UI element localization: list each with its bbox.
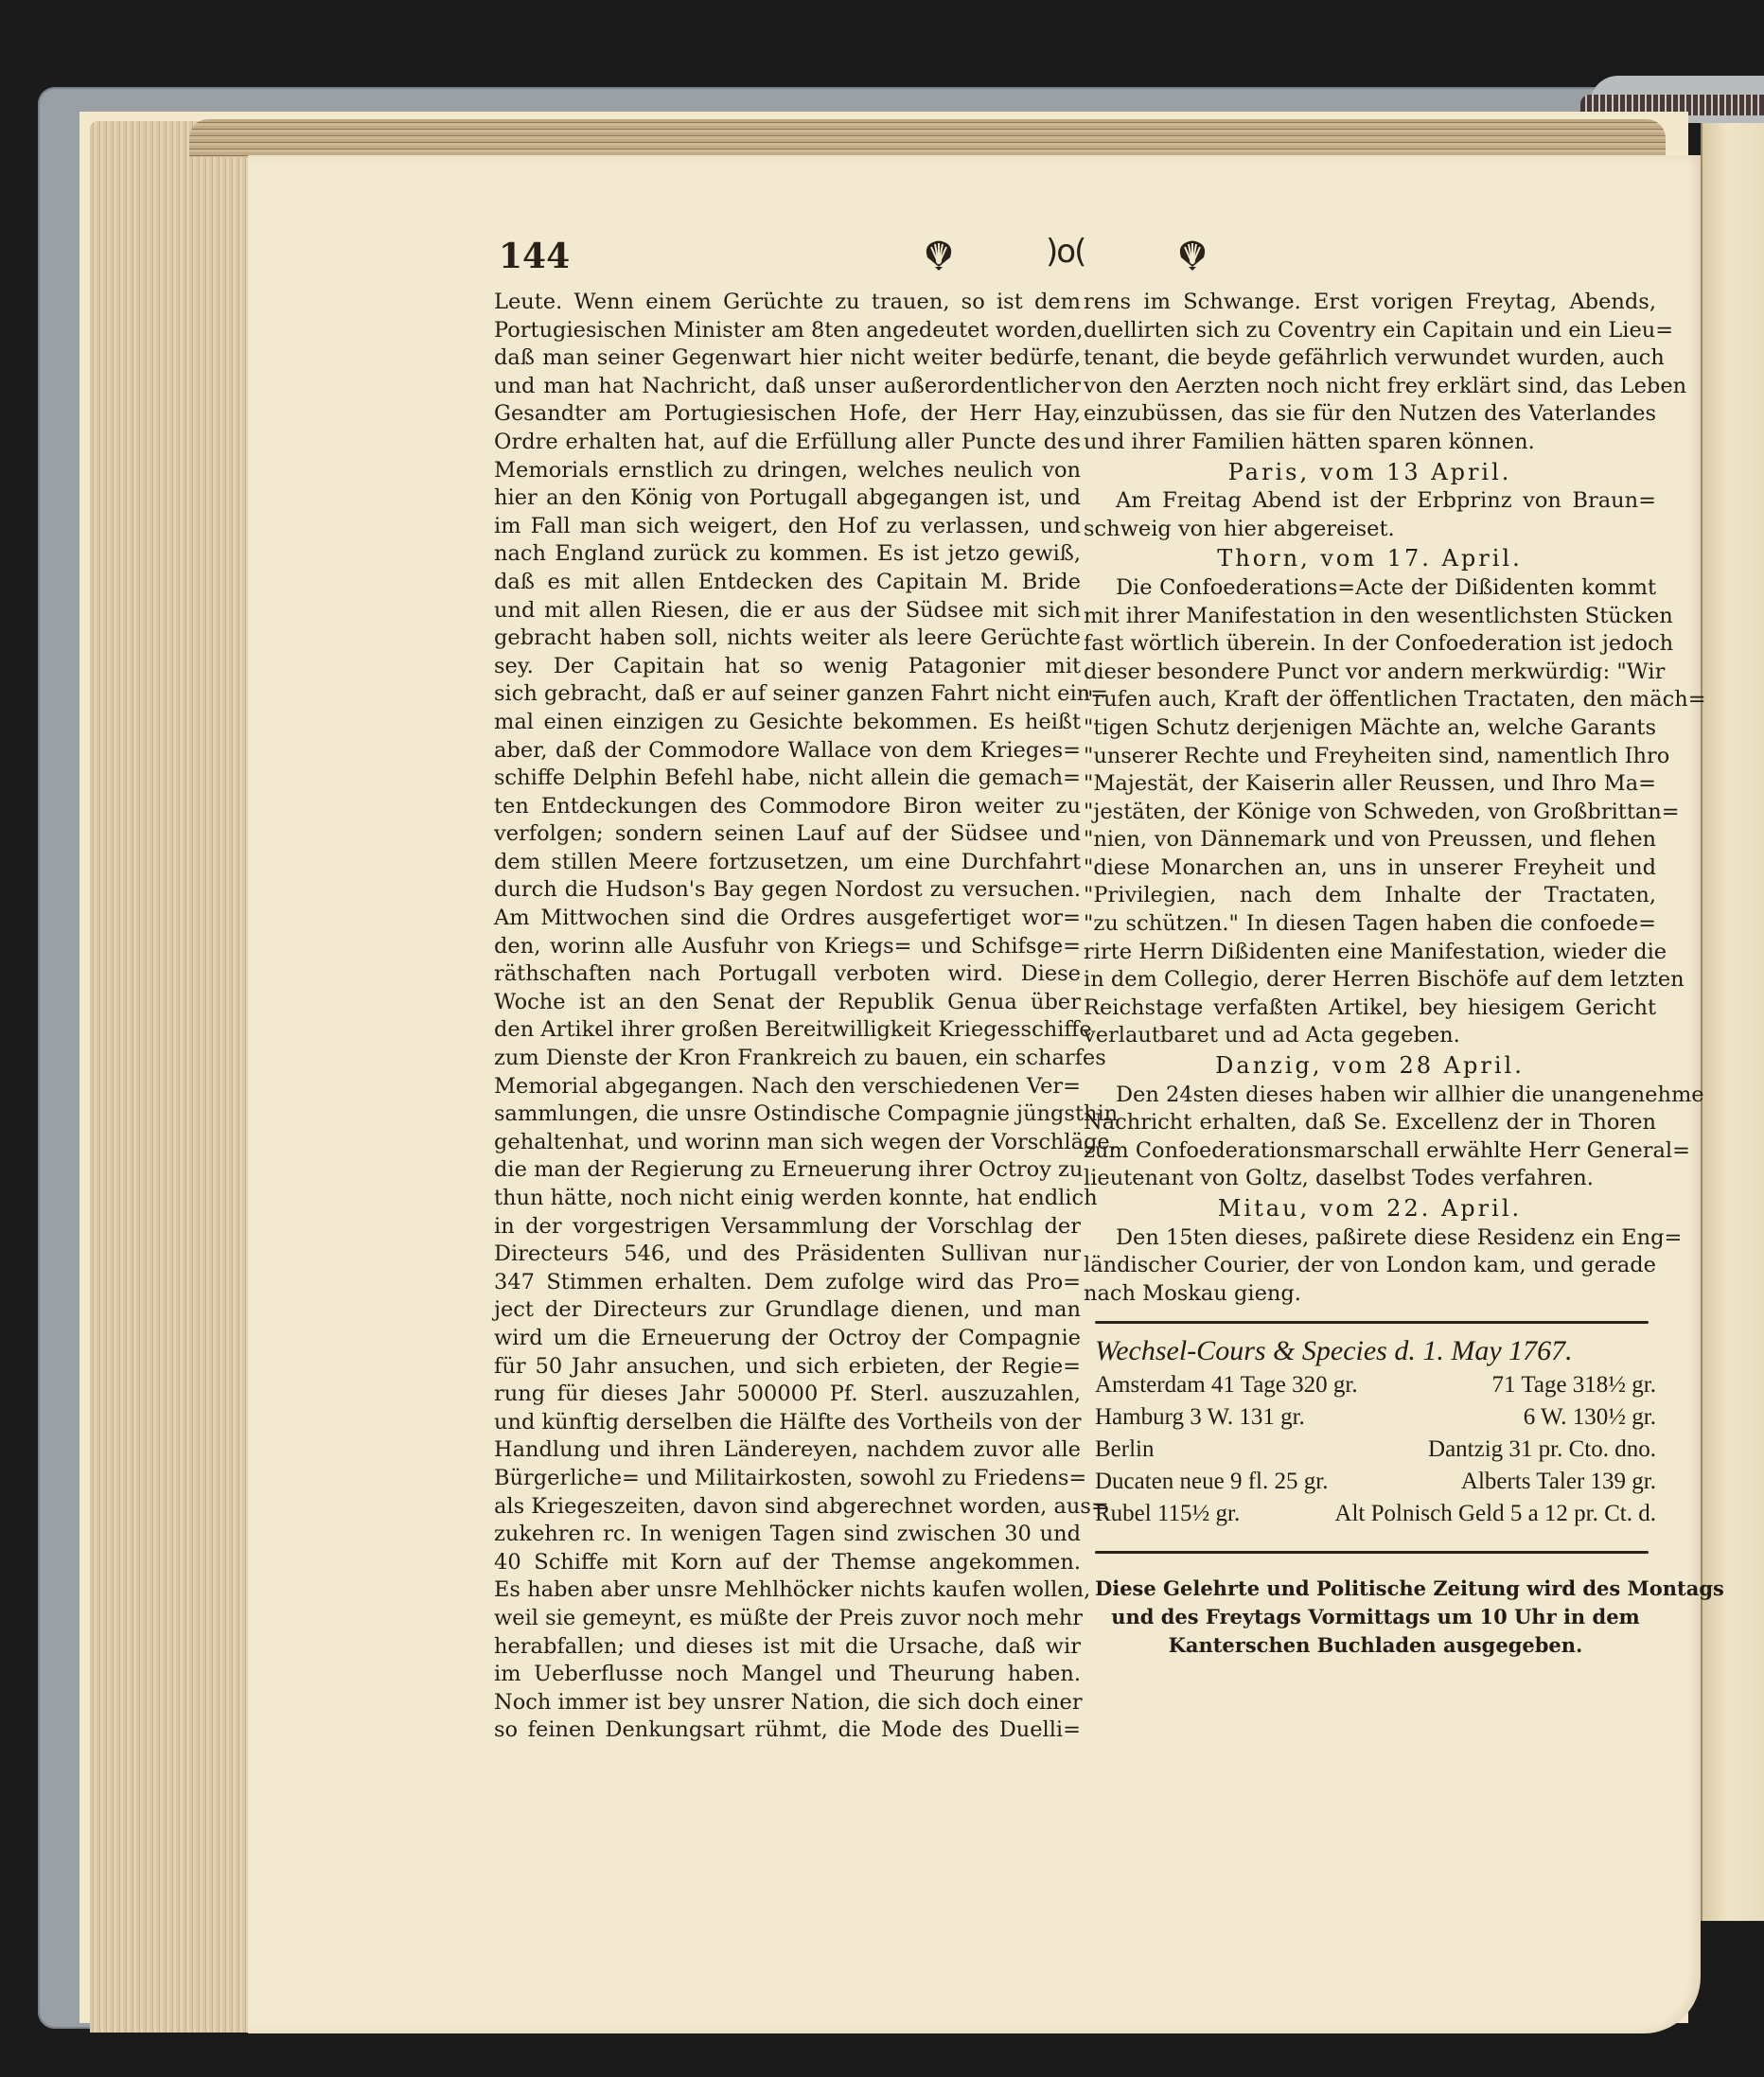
- news-section: Danzig, vom 28 April.Den 24sten dieses h…: [1084, 1052, 1656, 1193]
- page-number: 144: [499, 237, 570, 276]
- publication-notice: Diese Gelehrte und Politische Zeitung wi…: [1084, 1575, 1656, 1660]
- text-line: hier an den König von Portugall abgegang…: [494, 484, 1081, 513]
- text-line: weil sie gemeynt, es müßte der Preis zuv…: [494, 1605, 1081, 1633]
- text-line: aber, daß der Commodore Wallace von dem …: [494, 737, 1081, 766]
- text-line: gehaltenhat, und worinn man sich wegen d…: [494, 1129, 1081, 1157]
- text-line: räthschaften nach Portugall verboten wir…: [494, 960, 1081, 989]
- text-line: tenant, die beyde gefährlich verwundet w…: [1084, 344, 1656, 373]
- text-line: verlautbaret und ad Acta gegeben.: [1084, 1022, 1656, 1050]
- text-line: den, worinn alle Ausfuhr von Kriegs= und…: [494, 933, 1081, 961]
- text-line: Woche ist an den Senat der Republik Genu…: [494, 989, 1081, 1017]
- exchange-right: Alt Polnisch Geld 5 a 12 pr. Ct. d.: [1334, 1498, 1656, 1530]
- text-line: so feinen Denkungsart rühmt, die Mode de…: [494, 1716, 1081, 1745]
- exchange-left: Ducaten neue 9 fl. 25 gr.: [1095, 1466, 1328, 1498]
- text-line: wird um die Erneuerung der Octroy der Co…: [494, 1325, 1081, 1353]
- exchange-row: Ducaten neue 9 fl. 25 gr.Alberts Taler 1…: [1084, 1466, 1656, 1498]
- exchange-right: Alberts Taler 139 gr.: [1461, 1466, 1656, 1498]
- exchange-left: Berlin: [1095, 1434, 1155, 1466]
- shell-ornament-icon: [922, 238, 956, 271]
- text-line: "tigen Schutz derjenigen Mächte an, welc…: [1084, 714, 1656, 743]
- news-section: Thorn, vom 17. April.Die Confoederations…: [1084, 545, 1656, 1050]
- text-line: 347 Stimmen erhalten. Dem zufolge wird d…: [494, 1269, 1081, 1297]
- text-line: dem stillen Meere fortzusetzen, um eine …: [494, 849, 1081, 877]
- text-line: und ihrer Familien hätten sparen können.: [1084, 429, 1656, 457]
- exchange-right: 71 Tage 318½ gr.: [1492, 1369, 1656, 1401]
- exchange-right: Dantzig 31 pr. Cto. dno.: [1428, 1434, 1656, 1466]
- text-line: "unserer Rechte und Freyheiten sind, nam…: [1084, 743, 1656, 771]
- exchange-left: Hamburg 3 W. 131 gr.: [1095, 1401, 1305, 1434]
- text-line: sammlungen, die unsre Ostindische Compag…: [494, 1100, 1081, 1129]
- text-line: ten Entdeckungen des Commodore Biron wei…: [494, 793, 1081, 821]
- text-line: ländischer Courier, der von London kam, …: [1084, 1252, 1656, 1280]
- text-line: im Ueberflusse noch Mangel und Theurung …: [494, 1661, 1081, 1689]
- text-line: rung für dieses Jahr 500000 Pf. Sterl. a…: [494, 1381, 1081, 1409]
- news-sections: Paris, vom 13 April.Am Freitag Abend ist…: [1084, 459, 1656, 1309]
- text-line: sey. Der Capitain hat so wenig Patagonie…: [494, 653, 1081, 681]
- text-line: Reichstage verfaßten Artikel, bey hiesig…: [1084, 994, 1656, 1023]
- text-line: Die Confoederations=Acte der Dißidenten …: [1084, 574, 1656, 603]
- text-line: gebracht haben soll, nichts weiter als l…: [494, 625, 1081, 653]
- text-line: "jestäten, der Könige von Schweden, von …: [1084, 799, 1656, 827]
- page-edges-left: [90, 121, 251, 2033]
- exchange-left: Amsterdam 41 Tage 320 gr.: [1095, 1369, 1358, 1401]
- text-line: rens im Schwange. Erst vorigen Freytag, …: [1084, 289, 1656, 317]
- text-line: lieutenant von Goltz, daselbst Todes ver…: [1084, 1165, 1656, 1193]
- text-line: "Majestät, der Kaiserin aller Reussen, u…: [1084, 770, 1656, 799]
- news-section: Mitau, vom 22. April.Den 15ten dieses, p…: [1084, 1195, 1656, 1308]
- news-section: Paris, vom 13 April.Am Freitag Abend ist…: [1084, 459, 1656, 544]
- text-line: rirte Herrn Dißidenten eine Manifestatio…: [1084, 939, 1656, 967]
- text-line: Ordre erhalten hat, auf die Erfüllung al…: [494, 429, 1081, 457]
- divider-rule: [1095, 1551, 1649, 1554]
- exchange-row: BerlinDantzig 31 pr. Cto. dno.: [1084, 1434, 1656, 1466]
- exchange-left: Rubel 115½ gr.: [1095, 1498, 1240, 1530]
- divider-rule: [1095, 1321, 1649, 1324]
- text-line: Memorial abgegangen. Nach den verschiede…: [494, 1073, 1081, 1101]
- text-line: Den 15ten dieses, paßirete diese Residen…: [1084, 1224, 1656, 1253]
- exchange-rates-table: Amsterdam 41 Tage 320 gr.71 Tage 318½ gr…: [1084, 1369, 1656, 1530]
- text-line: Leute. Wenn einem Gerüchte zu trauen, so…: [494, 289, 1081, 317]
- text-line: 40 Schiffe mit Korn auf der Themse angek…: [494, 1549, 1081, 1577]
- notice-line: und des Freytags Vormittags um 10 Uhr in…: [1084, 1603, 1656, 1631]
- text-line: für 50 Jahr ansuchen, und sich erbieten,…: [494, 1353, 1081, 1382]
- text-line: zum Dienste der Kron Frankreich zu bauen…: [494, 1045, 1081, 1073]
- center-ornament: )o(: [1046, 233, 1085, 271]
- text-line: in dem Collegio, derer Herren Bischöfe a…: [1084, 966, 1656, 994]
- facing-page-gutter: [1701, 123, 1764, 1921]
- text-line: Portugiesischen Minister am 8ten angedeu…: [494, 317, 1081, 345]
- text-line: Directeurs 546, und des Präsidenten Sull…: [494, 1241, 1081, 1269]
- text-line: nach Moskau gieng.: [1084, 1280, 1656, 1309]
- exchange-rates-title: Wechsel-Cours & Species d. 1. May 1767.: [1084, 1333, 1656, 1369]
- text-line: daß es mit allen Entdecken des Capitain …: [494, 569, 1081, 597]
- text-line: zukehren rc. In wenigen Tagen sind zwisc…: [494, 1521, 1081, 1549]
- exchange-row: Amsterdam 41 Tage 320 gr.71 Tage 318½ gr…: [1084, 1369, 1656, 1401]
- text-line: schweig von hier abgereiset.: [1084, 516, 1656, 544]
- dateline: Paris, vom 13 April.: [1084, 459, 1656, 487]
- text-line: und künftig derselben die Hälfte des Vor…: [494, 1409, 1081, 1437]
- text-line: verfolgen; sondern seinen Lauf auf der S…: [494, 820, 1081, 849]
- text-line: duellirten sich zu Coventry ein Capitain…: [1084, 317, 1656, 345]
- text-line: die man der Regierung zu Erneuerung ihre…: [494, 1156, 1081, 1185]
- text-line: fast wörtlich überein. In der Confoedera…: [1084, 630, 1656, 659]
- text-line: schiffe Delphin Befehl habe, nicht allei…: [494, 765, 1081, 793]
- text-line: Nachricht erhalten, daß Se. Excellenz de…: [1084, 1109, 1656, 1137]
- text-line: dieser besondere Punct vor andern merkwü…: [1084, 659, 1656, 687]
- dateline: Danzig, vom 28 April.: [1084, 1052, 1656, 1081]
- text-line: Gesandter am Portugiesischen Hofe, der H…: [494, 400, 1081, 429]
- text-line: herabfallen; und dieses ist mit die Ursa…: [494, 1633, 1081, 1662]
- text-line: in der vorgestrigen Versammlung der Vors…: [494, 1213, 1081, 1241]
- text-line: Handlung und ihren Ländereyen, nachdem z…: [494, 1436, 1081, 1465]
- text-line: sich gebracht, daß er auf seiner ganzen …: [494, 680, 1081, 709]
- dateline: Thorn, vom 17. April.: [1084, 545, 1656, 573]
- text-line: den Artikel ihrer großen Bereitwilligkei…: [494, 1016, 1081, 1045]
- text-line: Es haben aber unsre Mehlhöcker nichts ka…: [494, 1576, 1081, 1605]
- text-line: Am Mittwochen sind die Ordres ausgeferti…: [494, 905, 1081, 933]
- text-line: mit ihrer Manifestation in den wesentlic…: [1084, 603, 1656, 631]
- text-line: "Privilegien, nach dem Inhalte der Tract…: [1084, 882, 1656, 910]
- notice-line: Diese Gelehrte und Politische Zeitung wi…: [1084, 1575, 1656, 1603]
- text-line: ject der Directeurs zur Grundlage dienen…: [494, 1296, 1081, 1325]
- text-line: daß man seiner Gegenwart hier nicht weit…: [494, 344, 1081, 373]
- text-line: Den 24sten dieses haben wir allhier die …: [1084, 1082, 1656, 1110]
- dateline: Mitau, vom 22. April.: [1084, 1195, 1656, 1223]
- text-line: von den Aerzten noch nicht frey erklärt …: [1084, 373, 1656, 401]
- exchange-row: Hamburg 3 W. 131 gr.6 W. 130½ gr.: [1084, 1401, 1656, 1434]
- right-intro-text: rens im Schwange. Erst vorigen Freytag, …: [1084, 289, 1656, 457]
- exchange-row: Rubel 115½ gr.Alt Polnisch Geld 5 a 12 p…: [1084, 1498, 1656, 1530]
- text-line: "rufen auch, Kraft der öffentlichen Trac…: [1084, 686, 1656, 714]
- text-line: "nien, von Dännemark und von Preussen, u…: [1084, 826, 1656, 854]
- left-column: Leute. Wenn einem Gerüchte zu trauen, so…: [494, 289, 1081, 1745]
- text-line: als Kriegeszeiten, davon sind abgerechne…: [494, 1493, 1081, 1522]
- text-line: durch die Hudson's Bay gegen Nordost zu …: [494, 876, 1081, 905]
- text-line: Memorials ernstlich zu dringen, welches …: [494, 457, 1081, 485]
- text-line: einzubüssen, das sie für den Nutzen des …: [1084, 400, 1656, 429]
- text-line: "zu schützen." In diesen Tagen haben die…: [1084, 910, 1656, 939]
- text-line: mal einen einzigen zu Gesichte bekommen.…: [494, 709, 1081, 737]
- text-line: thun hätte, noch nicht einig werden konn…: [494, 1185, 1081, 1213]
- page-edges-top: [189, 119, 1666, 157]
- text-line: Am Freitag Abend ist der Erbprinz von Br…: [1084, 487, 1656, 516]
- text-line: nach England zurück zu kommen. Es ist je…: [494, 540, 1081, 569]
- right-column: rens im Schwange. Erst vorigen Freytag, …: [1084, 289, 1656, 1660]
- page-header: 144 )o(: [499, 237, 1663, 284]
- text-line: zum Confoederationsmarschall erwählte He…: [1084, 1137, 1656, 1166]
- text-line: und mit allen Riesen, die er aus der Süd…: [494, 597, 1081, 625]
- text-line: Bürgerliche= und Militairkosten, sowohl …: [494, 1465, 1081, 1493]
- text-line: und man hat Nachricht, daß unser außeror…: [494, 373, 1081, 401]
- text-line: im Fall man sich weigert, den Hof zu ver…: [494, 513, 1081, 541]
- text-line: Noch immer ist bey unsrer Nation, die si…: [494, 1689, 1081, 1717]
- notice-line: Kanterschen Buchladen ausgegeben.: [1084, 1631, 1656, 1660]
- text-line: "diese Monarchen an, uns in unserer Frey…: [1084, 854, 1656, 883]
- shell-ornament-icon: [1175, 238, 1209, 271]
- exchange-right: 6 W. 130½ gr.: [1524, 1401, 1656, 1434]
